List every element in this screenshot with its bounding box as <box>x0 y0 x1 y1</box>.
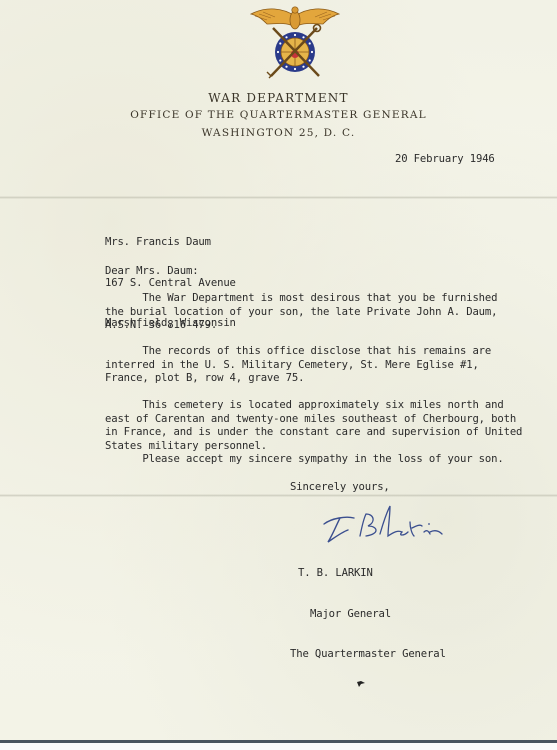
recipient-street: 167 S. Central Avenue <box>105 277 236 291</box>
paper-fold-line <box>0 494 557 497</box>
recipient-address: Mrs. Francis Daum 167 S. Central Avenue … <box>105 209 236 358</box>
letterhead-office: OFFICE OF THE QUARTERMASTER GENERAL <box>0 109 557 121</box>
signatory-title: The Quartermaster General <box>290 648 446 662</box>
letterhead-department: WAR DEPARTMENT <box>0 91 557 105</box>
closing: Sincerely yours, <box>290 481 390 495</box>
body-paragraph-4: Please accept my sincere sympathy in the… <box>105 453 504 467</box>
letterhead-address: WASHINGTON 25, D. C. <box>0 127 557 139</box>
letter-date: 20 February 1946 <box>395 153 495 167</box>
body-paragraph-3: This cemetery is located approximately s… <box>105 399 522 453</box>
paper-fold-line <box>0 196 557 199</box>
recipient-name: Mrs. Francis Daum <box>105 236 236 250</box>
scan-background <box>0 743 557 750</box>
letter-page: WAR DEPARTMENT OFFICE OF THE QUARTERMAST… <box>0 0 557 742</box>
signature-block: T. B. LARKIN Major General The Quarterma… <box>290 540 446 689</box>
signatory-rank: Major General <box>290 608 446 622</box>
ink-mark <box>356 680 366 688</box>
salutation: Dear Mrs. Daum: <box>105 265 198 279</box>
body-paragraph-1: The War Department is most desirous that… <box>105 292 497 333</box>
signatory-name: T. B. LARKIN <box>290 567 446 581</box>
quartermaster-corps-emblem-icon <box>245 2 345 80</box>
body-paragraph-2: The records of this office disclose that… <box>105 345 491 386</box>
